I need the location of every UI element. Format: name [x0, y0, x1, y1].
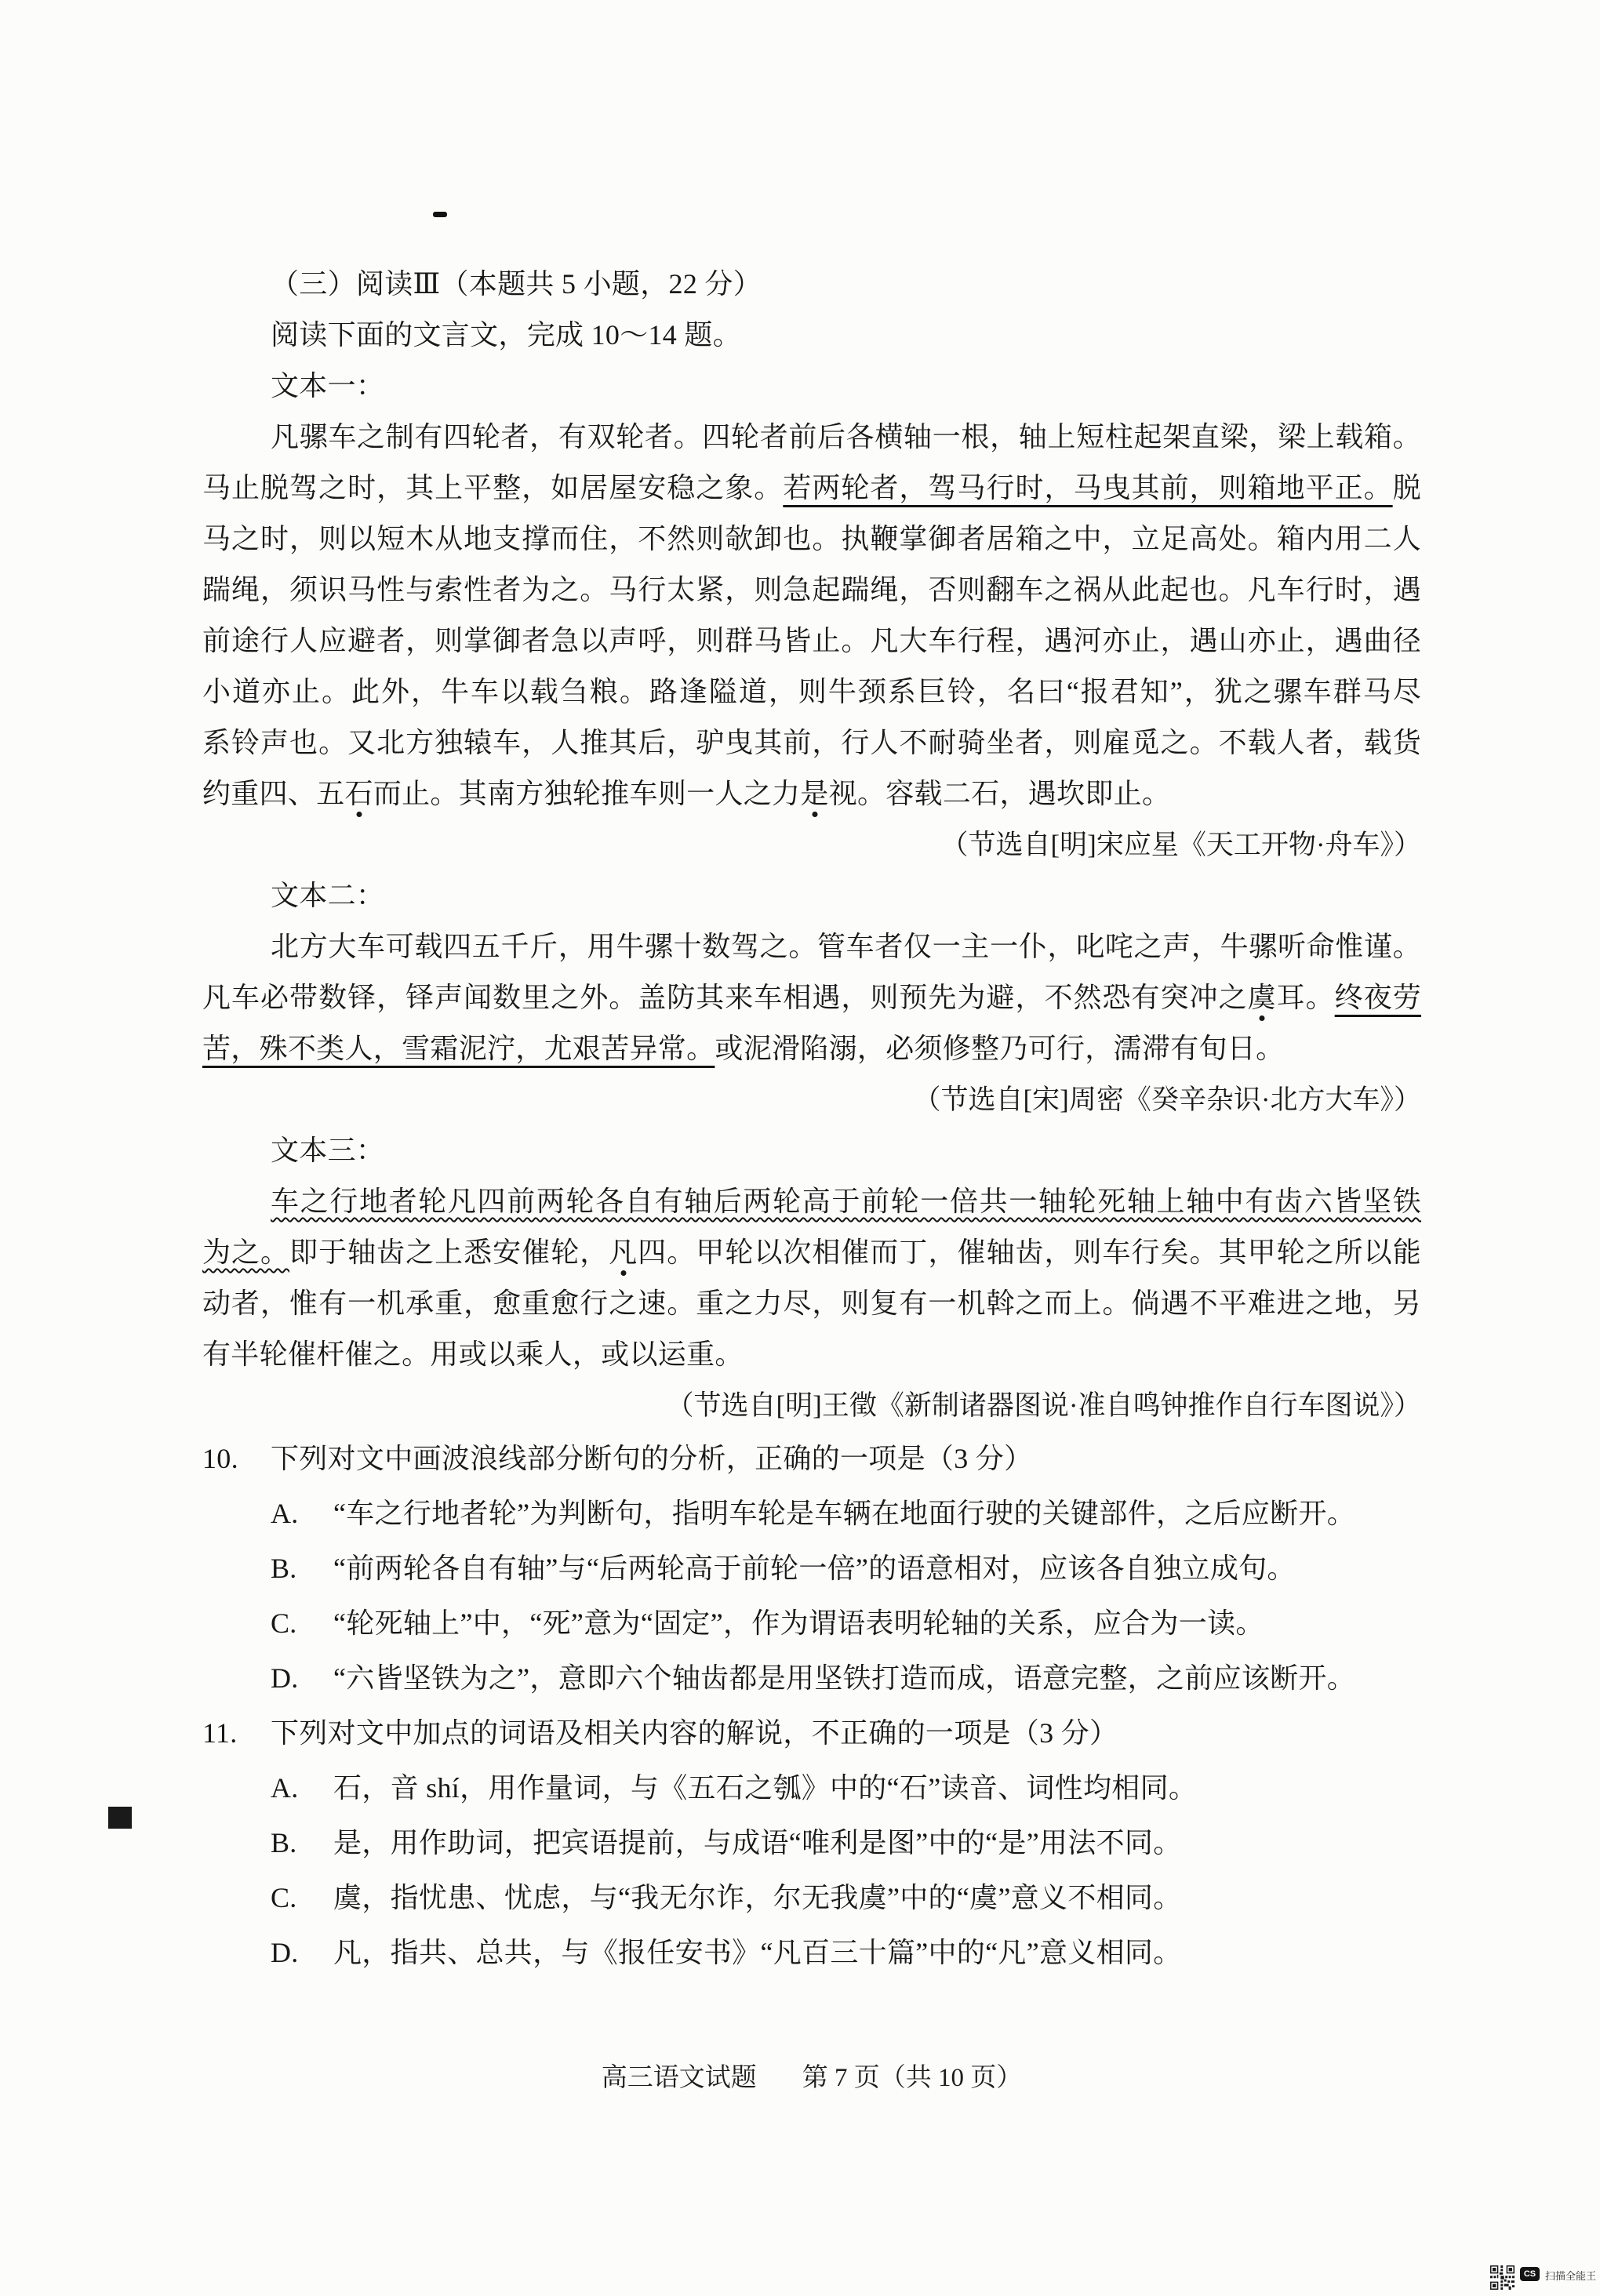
annotated-text-segment: 苦，殊不类人，雪霜泥泞，尤艰苦异常。 — [202, 1033, 715, 1064]
text-line: 凡车必带数铎，铎声闻数里之外。盖防其来车相遇，则预先为避，不然恐有突冲之虞耳。终… — [202, 972, 1421, 1023]
footer-exam-name: 高三语文试题 — [602, 2064, 757, 2092]
text-segment: 即于轴齿之上悉安催轮， — [289, 1237, 609, 1268]
text3-label: 文本三： — [202, 1125, 1421, 1176]
option-text: “前两轮各自有轴”与“后两轮高于前轮一倍”的语意相对，应该各自独立成句。 — [333, 1553, 1296, 1584]
text-segment: 脱 — [1393, 472, 1421, 503]
question-10-stem: 10.下列对文中画波浪线部分断句的分析，正确的一项是（3 分） — [202, 1431, 1421, 1486]
question-number: 10. — [202, 1431, 271, 1486]
text-line: 约重四、五石而止。其南方独轮推车则一人之力是视。容载二石，遇坎即止。 — [202, 768, 1421, 819]
text-line: 为之。即于轴齿之上悉安催轮，凡四。甲轮以次相催而丁，催轴齿，则车行矣。其甲轮之所… — [202, 1227, 1421, 1278]
option-text: 是，用作助词，把宾语提前，与成语“唯利是图”中的“是”用法不同。 — [333, 1827, 1182, 1858]
option-text: “轮死轴上”中，“死”意为“固定”，作为谓语表明轮轴的关系，应合为一读。 — [333, 1608, 1264, 1639]
text-line: 车之行地者轮凡四前两轮各自有轴后两轮高于前轮一倍共一轴轮死轴上轴中有齿六皆坚铁 — [202, 1176, 1421, 1227]
exam-page: （三）阅读Ⅲ（本题共 5 小题，22 分） 阅读下面的文言文，完成 10～14 … — [0, 0, 1600, 2296]
option-label: B. — [271, 1815, 333, 1870]
question-10-option-c: C.“轮死轴上”中，“死”意为“固定”，作为谓语表明轮轴的关系，应合为一读。 — [202, 1596, 1421, 1651]
section-header: （三）阅读Ⅲ（本题共 5 小题，22 分） — [202, 259, 1421, 310]
option-label: D. — [271, 1651, 333, 1706]
text-segment: 系铃声也。又北方独辕车，人推其后，驴曳其前，行人不耐骑坐者，则雇觅之。不载人者，… — [202, 727, 1421, 758]
question-11-option-a: A.石，音 shí，用作量词，与《五石之瓠》中的“石”读音、词性均相同。 — [202, 1760, 1421, 1815]
option-text: 虞，指忧患、忧虑，与“我无尔诈，尔无我虞”中的“虞”意义不相同。 — [333, 1882, 1182, 1913]
text-segment: 视。容载二石，遇坎即止。 — [829, 778, 1171, 809]
text-segment: 马止脱驾之时，其上平整，如居屋安稳之象。 — [202, 472, 783, 503]
text-segment: 踹绳，须识马性与索性者为之。马行太紧，则急起踹绳，否则翻车之祸从此起也。凡车行时… — [202, 574, 1421, 605]
annotated-text-segment: 是 — [800, 778, 828, 809]
text-line: 有半轮催杆催之。用或以乘人，或以运重。 — [202, 1329, 1421, 1380]
text-segment: 小道亦止。此外，牛车以载刍粮。路逢隘道，则牛颈系巨铃，名曰“报君知”，犹之骡车群… — [202, 676, 1421, 707]
text-line: 前途行人应避者，则掌御者急以声呼，则群马皆止。凡大车行程，遇河亦止，遇山亦止，遇… — [202, 616, 1421, 667]
option-text: 凡，指共、总共，与《报任安书》“凡百三十篇”中的“凡”意义相同。 — [333, 1937, 1182, 1968]
annotated-text-segment: 终夜劳 — [1335, 982, 1421, 1013]
option-text: 石，音 shí，用作量词，与《五石之瓠》中的“石”读音、词性均相同。 — [333, 1772, 1197, 1804]
text2-label: 文本二： — [202, 870, 1421, 921]
question-10-option-b: B.“前两轮各自有轴”与“后两轮高于前轮一倍”的语意相对，应该各自独立成句。 — [202, 1541, 1421, 1596]
annotated-text-segment: 车之行地者轮凡四前两轮各自有轴后两轮高于前轮一倍共一轴轮死轴上轴中有齿六皆坚铁 — [271, 1186, 1421, 1217]
camscanner-logo-icon: CS — [1520, 2267, 1540, 2281]
text-segment: 而止。其南方独轮推车则一人之力 — [373, 778, 801, 809]
option-text: “车之行地者轮”为判断句，指明车轮是车辆在地面行驶的关键部件，之后应断开。 — [333, 1498, 1355, 1529]
text-line: 系铃声也。又北方独辕车，人推其后，驴曳其前，行人不耐骑坐者，则雇觅之。不载人者，… — [202, 717, 1421, 768]
page-footer: 高三语文试题第 7 页（共 10 页） — [202, 2058, 1421, 2098]
text-line: 北方大车可载四五千斤，用牛骡十数驾之。管车者仅一主一仆，叱咤之声，牛骡听命惟谨。 — [202, 921, 1421, 972]
watermark-app-name: 扫描全能王 — [1545, 2268, 1596, 2283]
source-citation: （节选自[明]王徵《新制诸器图说·准自鸣钟推作自行车图说》） — [202, 1380, 1421, 1431]
text-segment: 耳。 — [1277, 982, 1335, 1013]
annotated-text-segment: 石 — [345, 778, 373, 809]
text-segment: 凡车必带数铎，铎声闻数里之外。盖防其来车相遇，则预先为避，不然恐有突冲之 — [202, 982, 1248, 1013]
question-11-option-c: C.虞，指忧患、忧虑，与“我无尔诈，尔无我虞”中的“虞”意义不相同。 — [202, 1870, 1421, 1925]
annotated-text-segment: 为之。 — [202, 1237, 289, 1268]
option-label: C. — [271, 1870, 333, 1925]
option-text: “六皆坚铁为之”，意即六个轴齿都是用坚铁打造而成，语意完整，之前应该断开。 — [333, 1662, 1355, 1694]
option-label: A. — [271, 1760, 333, 1815]
text-line: 小道亦止。此外，牛车以载刍粮。路逢隘道，则牛颈系巨铃，名曰“报君知”，犹之骡车群… — [202, 667, 1421, 717]
annotated-text-segment: 虞 — [1248, 982, 1277, 1013]
question-stem-text: 下列对文中加点的词语及相关内容的解说，不正确的一项是（3 分） — [271, 1717, 1118, 1749]
stray-dash-mark — [433, 212, 447, 217]
qr-code-icon — [1490, 2265, 1515, 2290]
option-label: D. — [271, 1925, 333, 1980]
question-stem-text: 下列对文中画波浪线部分断句的分析，正确的一项是（3 分） — [271, 1443, 1032, 1474]
reading-instruction: 阅读下面的文言文，完成 10～14 题。 — [202, 310, 1421, 361]
text-line: 动者，惟有一机承重，愈重愈行之速。重之力尽，则复有一机斡之而上。倘遇不平难进之地… — [202, 1278, 1421, 1329]
question-11-option-b: B.是，用作助词，把宾语提前，与成语“唯利是图”中的“是”用法不同。 — [202, 1815, 1421, 1870]
registration-square — [108, 1807, 132, 1829]
text-segment: 或泥滑陷溺，必须修整乃可行，濡滞有旬日。 — [715, 1033, 1284, 1064]
text-line: 凡骡车之制有四轮者，有双轮者。四轮者前后各横轴一根，轴上短柱起架直梁，梁上载箱。 — [202, 412, 1421, 463]
annotated-text-segment: 凡 — [609, 1237, 638, 1268]
question-10-option-a: A.“车之行地者轮”为判断句，指明车轮是车辆在地面行驶的关键部件，之后应断开。 — [202, 1486, 1421, 1541]
text-line: 马止脱驾之时，其上平整，如居屋安稳之象。若两轮者，驾马行时，马曳其前，则箱地平正… — [202, 463, 1421, 514]
text-segment: 约重四、五 — [202, 778, 345, 809]
question-number: 11. — [202, 1706, 271, 1760]
text-segment: 前途行人应避者，则掌御者急以声呼，则群马皆止。凡大车行程，遇河亦止，遇山亦止，遇… — [202, 625, 1421, 656]
text-line: 苦，殊不类人，雪霜泥泞，尤艰苦异常。或泥滑陷溺，必须修整乃可行，濡滞有旬日。 — [202, 1023, 1421, 1074]
text-segment: 四。甲轮以次相催而丁，催轴齿，则车行矣。其甲轮之所以能 — [638, 1237, 1421, 1268]
footer-page-info: 第 7 页（共 10 页） — [802, 2064, 1023, 2092]
text-segment: 凡骡车之制有四轮者，有双轮者。四轮者前后各横轴一根，轴上短柱起架直梁，梁上载箱。 — [271, 421, 1421, 452]
option-label: B. — [271, 1541, 333, 1596]
option-label: C. — [271, 1596, 333, 1651]
text-segment: 动者，惟有一机承重，愈重愈行之速。重之力尽，则复有一机斡之而上。倘遇不平难进之地… — [202, 1288, 1421, 1319]
scanner-watermark: CS 扫描全能王 — [1490, 2265, 1596, 2290]
text-segment: 马之时，则以短木从地支撑而住，不然则欹卸也。执鞭掌御者居箱之中，立足高处。箱内用… — [202, 523, 1421, 554]
annotated-text-segment: 若两轮者，驾马行时，马曳其前，则箱地平正。 — [783, 472, 1392, 503]
question-11-option-d: D.凡，指共、总共，与《报任安书》“凡百三十篇”中的“凡”意义相同。 — [202, 1925, 1421, 1980]
question-10-option-d: D.“六皆坚铁为之”，意即六个轴齿都是用坚铁打造而成，语意完整，之前应该断开。 — [202, 1651, 1421, 1706]
text1-label: 文本一： — [202, 361, 1421, 412]
text-line: 踹绳，须识马性与索性者为之。马行太紧，则急起踹绳，否则翻车之祸从此起也。凡车行时… — [202, 565, 1421, 616]
question-11-stem: 11.下列对文中加点的词语及相关内容的解说，不正确的一项是（3 分） — [202, 1706, 1421, 1760]
source-citation: （节选自[宋]周密《癸辛杂识·北方大车》） — [202, 1074, 1421, 1125]
text-segment: 北方大车可载四五千斤，用牛骡十数驾之。管车者仅一主一仆，叱咤之声，牛骡听命惟谨。 — [271, 931, 1421, 962]
exam-content: （三）阅读Ⅲ（本题共 5 小题，22 分） 阅读下面的文言文，完成 10～14 … — [202, 259, 1421, 2098]
source-citation: （节选自[明]宋应星《天工开物·舟车》） — [202, 819, 1421, 870]
option-label: A. — [271, 1486, 333, 1541]
text-segment: 有半轮催杆催之。用或以乘人，或以运重。 — [202, 1339, 744, 1370]
text-line: 马之时，则以短木从地支撑而住，不然则欹卸也。执鞭掌御者居箱之中，立足高处。箱内用… — [202, 514, 1421, 565]
